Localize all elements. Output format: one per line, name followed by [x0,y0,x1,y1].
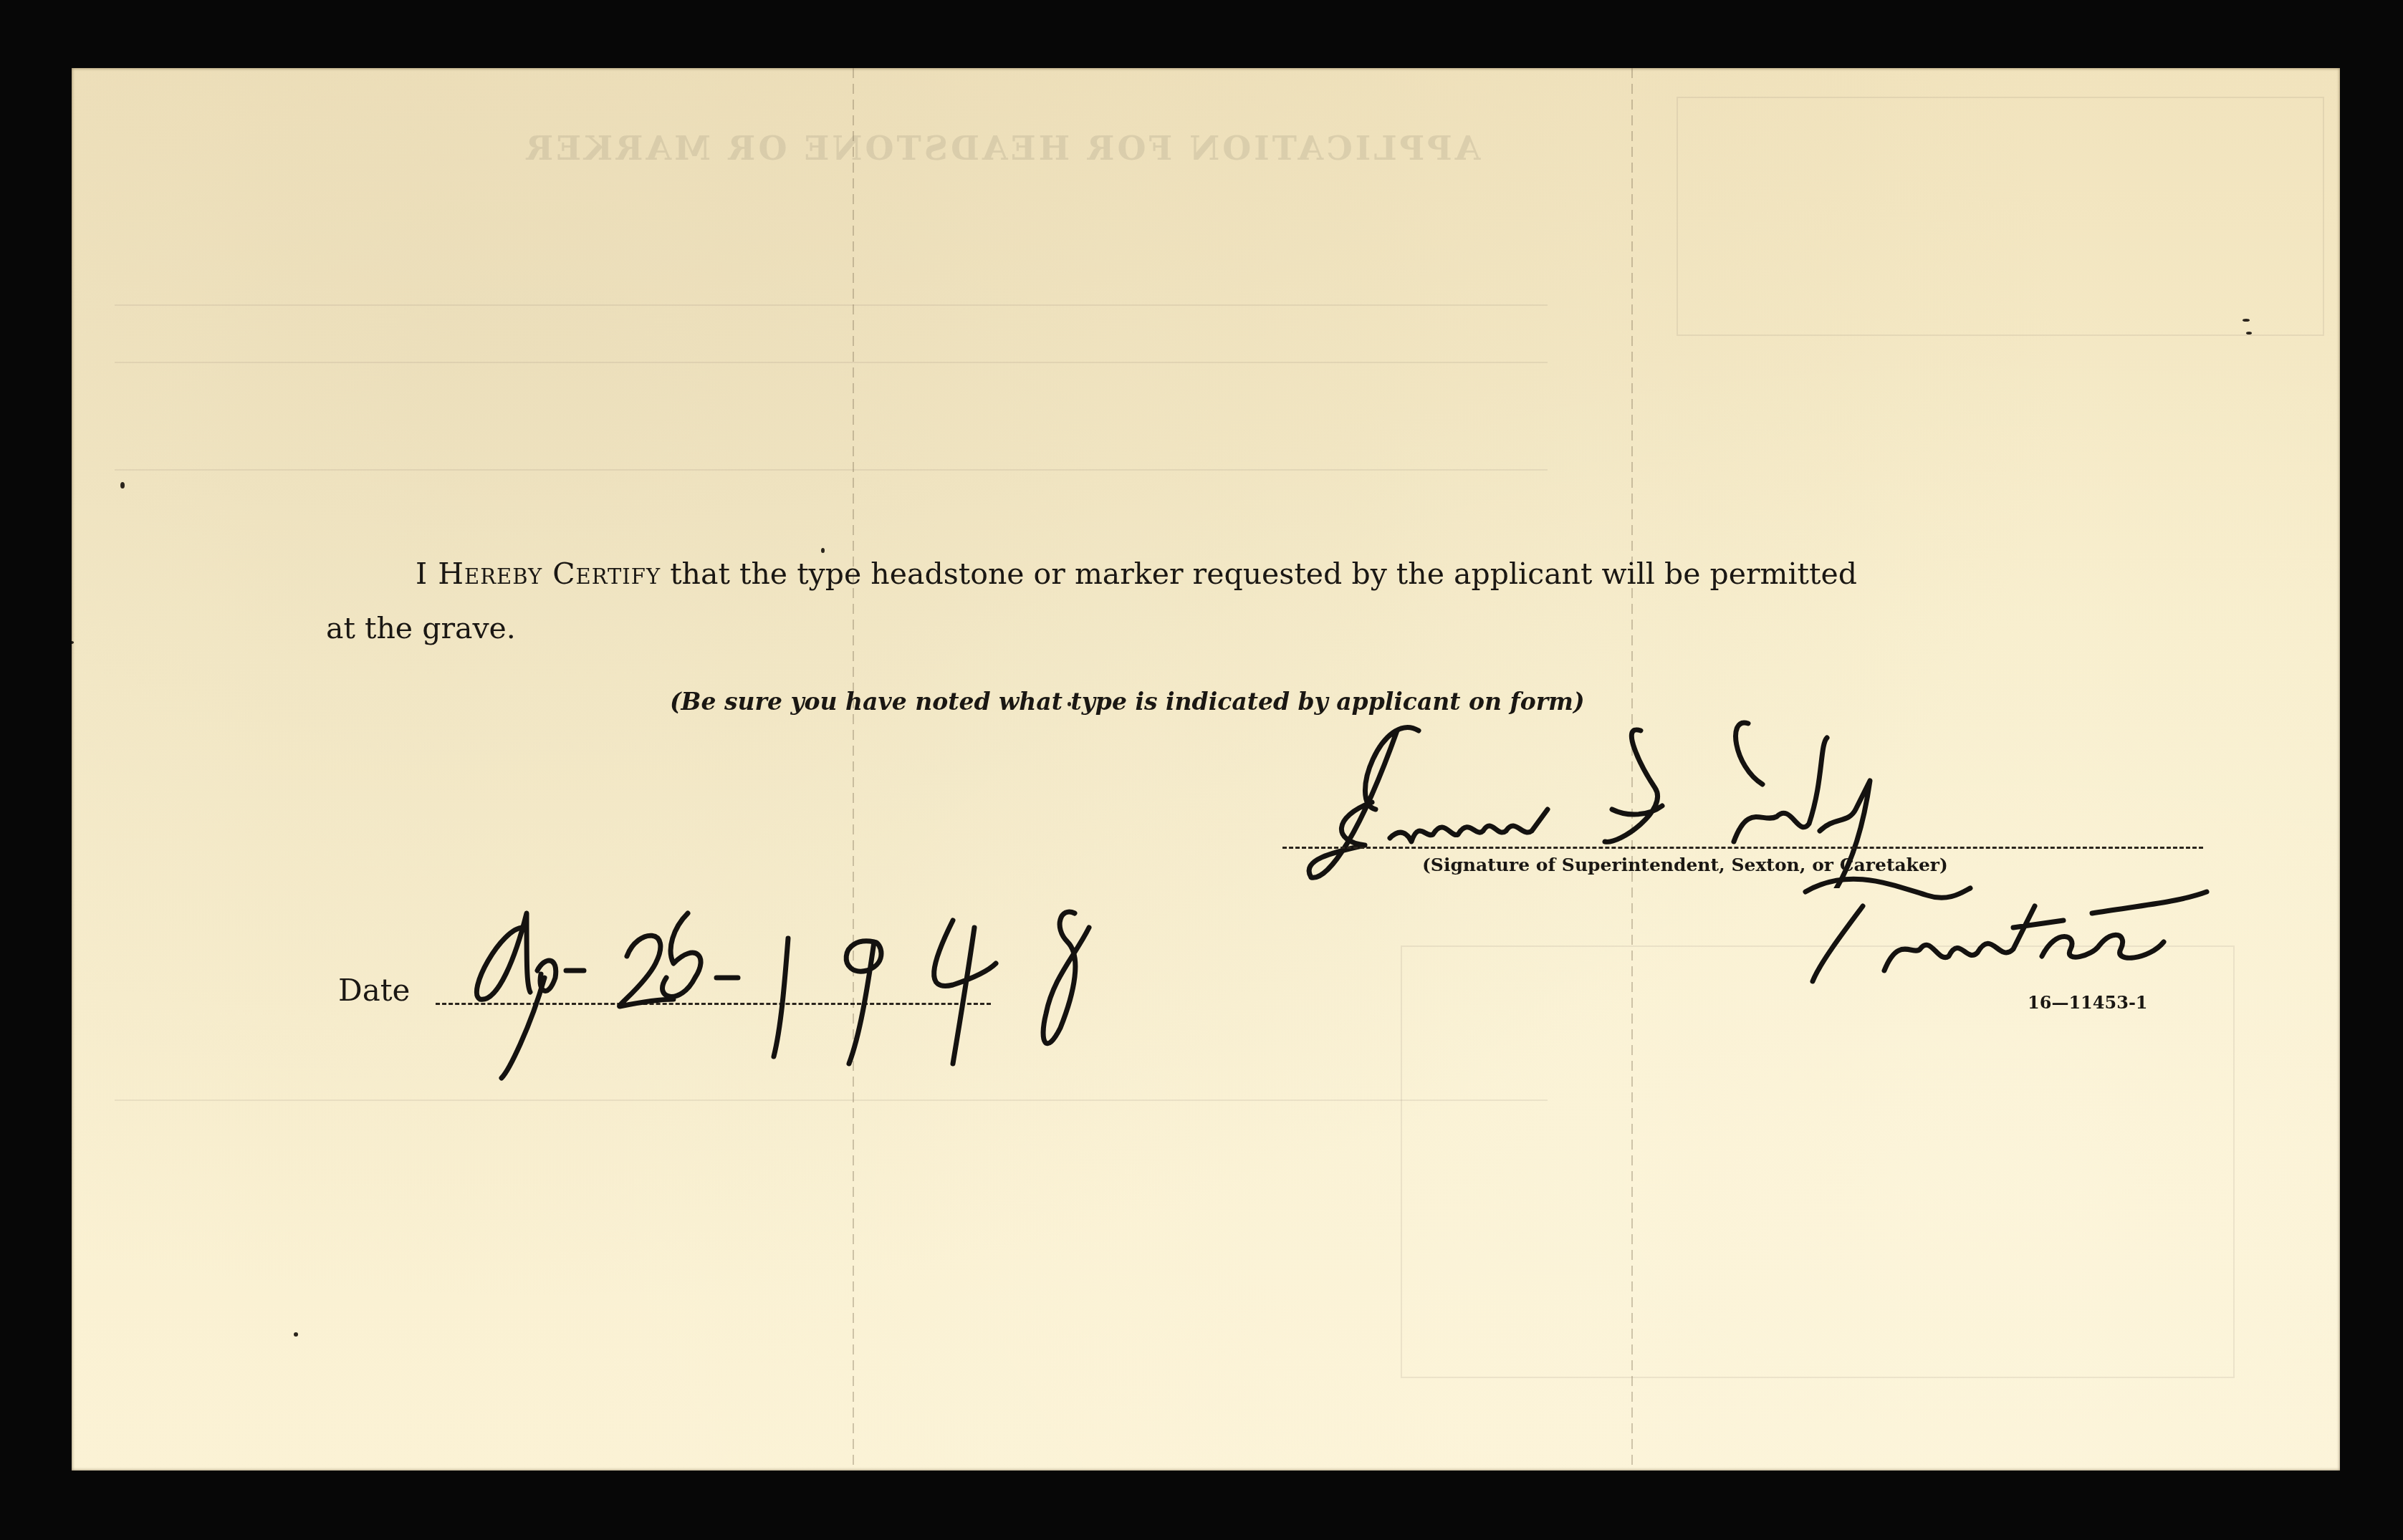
date-strokes [459,899,1146,1085]
ink-speck [2246,332,2252,335]
instruction-note: (Be sure you have noted what type is ind… [670,688,1585,716]
handwritten-title: Trustee [1777,863,2221,992]
ink-speck [120,482,125,489]
signature-dashed-line [1282,847,2203,849]
document-page: APPLICATION FOR HEADSTONE OR MARKER I He… [72,68,2340,1471]
ink-speck [1068,702,1071,706]
bleed-through-box [1677,97,2324,336]
ink-speck [2243,319,2250,322]
certify-lead-caps: I Hereby Certify [326,557,661,591]
bleed-through-rule [115,469,1548,471]
scan-background: APPLICATION FOR HEADSTONE OR MARKER I He… [0,0,2403,1540]
handwritten-date: Apr-28-1948 [459,899,1146,1085]
bleed-through-rule [115,304,1548,306]
ink-speck [821,548,825,553]
bleed-through-title: APPLICATION FOR HEADSTONE OR MARKER [523,129,1481,168]
certification-statement: I Hereby Certify that the type headstone… [326,547,2260,655]
certify-body-line1: that the type headstone or marker reques… [670,557,1857,591]
ink-speck [72,641,74,644]
fold-line-left [853,68,854,1471]
bleed-through-rule [115,1099,1548,1101]
title-strokes [1777,863,2221,992]
certify-body-line2: at the grave. [326,611,516,645]
date-label: Date [338,973,410,1008]
form-number: 16—11453-1 [2028,992,2148,1013]
bleed-through-rule [115,362,1548,363]
ink-speck [294,1332,298,1337]
